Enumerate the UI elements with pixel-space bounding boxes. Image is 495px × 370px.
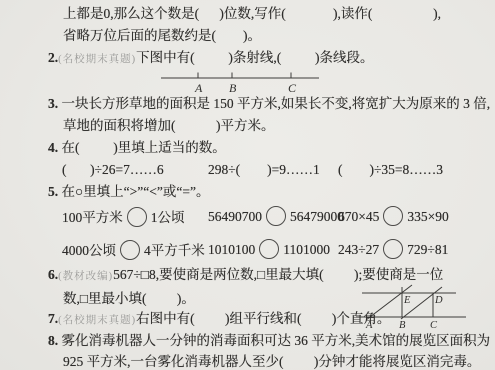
q5-compare-row-1: 100平方米1公顷 5649070056479000 670×45335×90 xyxy=(0,206,495,230)
q8-line-2: 925 平方米,一台雾化消毒机器人至少( )分钟才能将展览区消完毒。 xyxy=(63,354,480,369)
compare-circle xyxy=(259,239,279,259)
exam-paper-page: 上都是0,那么这个数是( )位数,写作( ),读作( ), 省略万位后面的尾数约… xyxy=(0,0,495,370)
q2-source-tag: (名校期末真题) xyxy=(58,54,136,65)
q5-number: 5. xyxy=(48,184,58,199)
point-label-c: C xyxy=(430,320,438,330)
point-label-d: D xyxy=(434,295,443,306)
compare-left: 100平方米 xyxy=(62,210,123,225)
q6-line-2: 数,□里最小填( )。 xyxy=(63,291,195,306)
q4-equation-1: ( )÷26=7……6 xyxy=(62,162,164,178)
compare-item: 100平方米1公顷 xyxy=(62,206,185,227)
q4-number: 4. xyxy=(48,140,58,155)
q4-equations-row: ( )÷26=7……6 298÷( )=9……1 ( )÷35=8……3 xyxy=(0,162,495,186)
compare-item: 243÷27729÷81 xyxy=(338,239,448,259)
number-line-figure: A B C xyxy=(160,66,322,94)
compare-item: 10101001101000 xyxy=(208,239,330,259)
q5-compare-row-2: 4000公顷4平方千米 10101001101000 243÷27729÷81 xyxy=(0,239,495,263)
q7-text: 右图中有( )组平行线和( )个直角。 xyxy=(136,311,390,326)
compare-left: 56490700 xyxy=(208,209,262,224)
q3-line-2: 草地的面积将增加( )平方米。 xyxy=(63,118,275,133)
compare-item: 4000公顷4平方千米 xyxy=(62,239,205,260)
compare-left: 670×45 xyxy=(338,209,379,224)
q4-text: 在( )里填上适当的数。 xyxy=(58,140,226,155)
point-label-a: A xyxy=(194,81,203,94)
q4-line: 4. 在( )里填上适当的数。 xyxy=(48,140,226,155)
q7-line: 7.(名校期末真题)右图中有( )组平行线和( )个直角。 xyxy=(48,311,390,328)
point-label-e: E xyxy=(403,295,411,306)
compare-right: 56479000 xyxy=(290,209,344,224)
q7-number: 7. xyxy=(48,311,58,326)
q3-number: 3. xyxy=(48,96,58,111)
compare-circle xyxy=(127,207,147,227)
q6-source-tag: (教材改编) xyxy=(58,271,113,282)
compare-left: 243÷27 xyxy=(338,242,379,257)
compare-left: 1010100 xyxy=(208,242,255,257)
q4-equation-2: 298÷( )=9……1 xyxy=(208,162,320,178)
q1-continuation-line-1: 上都是0,那么这个数是( )位数,写作( ),读作( ), xyxy=(63,6,441,21)
compare-item: 670×45335×90 xyxy=(338,206,449,226)
compare-right: 729÷81 xyxy=(407,242,448,257)
q2-line: 2.(名校期末真题)下图中有( )条射线,( )条线段。 xyxy=(48,50,373,67)
q8-line-1: 8. 雾化消毒机器人一分钟的消毒面积可达 36 平方米,美术馆的展览区面积为 xyxy=(48,333,490,348)
q8-number: 8. xyxy=(48,333,58,348)
q4-equation-3: ( )÷35=8……3 xyxy=(338,162,443,178)
q3-text-1: 一块长方形草地的面积是 150 平方米,如果长不变,将宽扩大为原来的 3 倍, xyxy=(58,96,490,111)
q6-number: 6. xyxy=(48,267,58,282)
q8-text-1: 雾化消毒机器人一分钟的消毒面积可达 36 平方米,美术馆的展览区面积为 xyxy=(58,333,490,348)
compare-left: 4000公顷 xyxy=(62,243,116,258)
compare-circle xyxy=(266,206,286,226)
compare-right: 1公顷 xyxy=(151,210,185,225)
point-label-b: B xyxy=(229,81,237,94)
point-label-c: C xyxy=(288,81,297,94)
q2-text: 下图中有( )条射线,( )条线段。 xyxy=(136,50,373,65)
q7-source-tag: (名校期末真题) xyxy=(58,315,136,326)
q5-text: 在○里填上“>”“<”或“=”。 xyxy=(58,184,209,199)
compare-right: 4平方千米 xyxy=(144,243,205,258)
compare-right: 335×90 xyxy=(407,209,448,224)
q3-line-1: 3. 一块长方形草地的面积是 150 平方米,如果长不变,将宽扩大为原来的 3 … xyxy=(48,96,490,111)
compare-circle xyxy=(383,206,403,226)
q2-number: 2. xyxy=(48,50,58,65)
point-label-b: B xyxy=(399,320,406,330)
compare-circle xyxy=(383,239,403,259)
q1-continuation-line-2: 省略万位后面的尾数约是( )。 xyxy=(63,28,261,43)
compare-item: 5649070056479000 xyxy=(208,206,344,226)
q5-line: 5. 在○里填上“>”“<”或“=”。 xyxy=(48,184,209,199)
compare-circle xyxy=(120,240,140,260)
compare-right: 1101000 xyxy=(283,242,330,257)
